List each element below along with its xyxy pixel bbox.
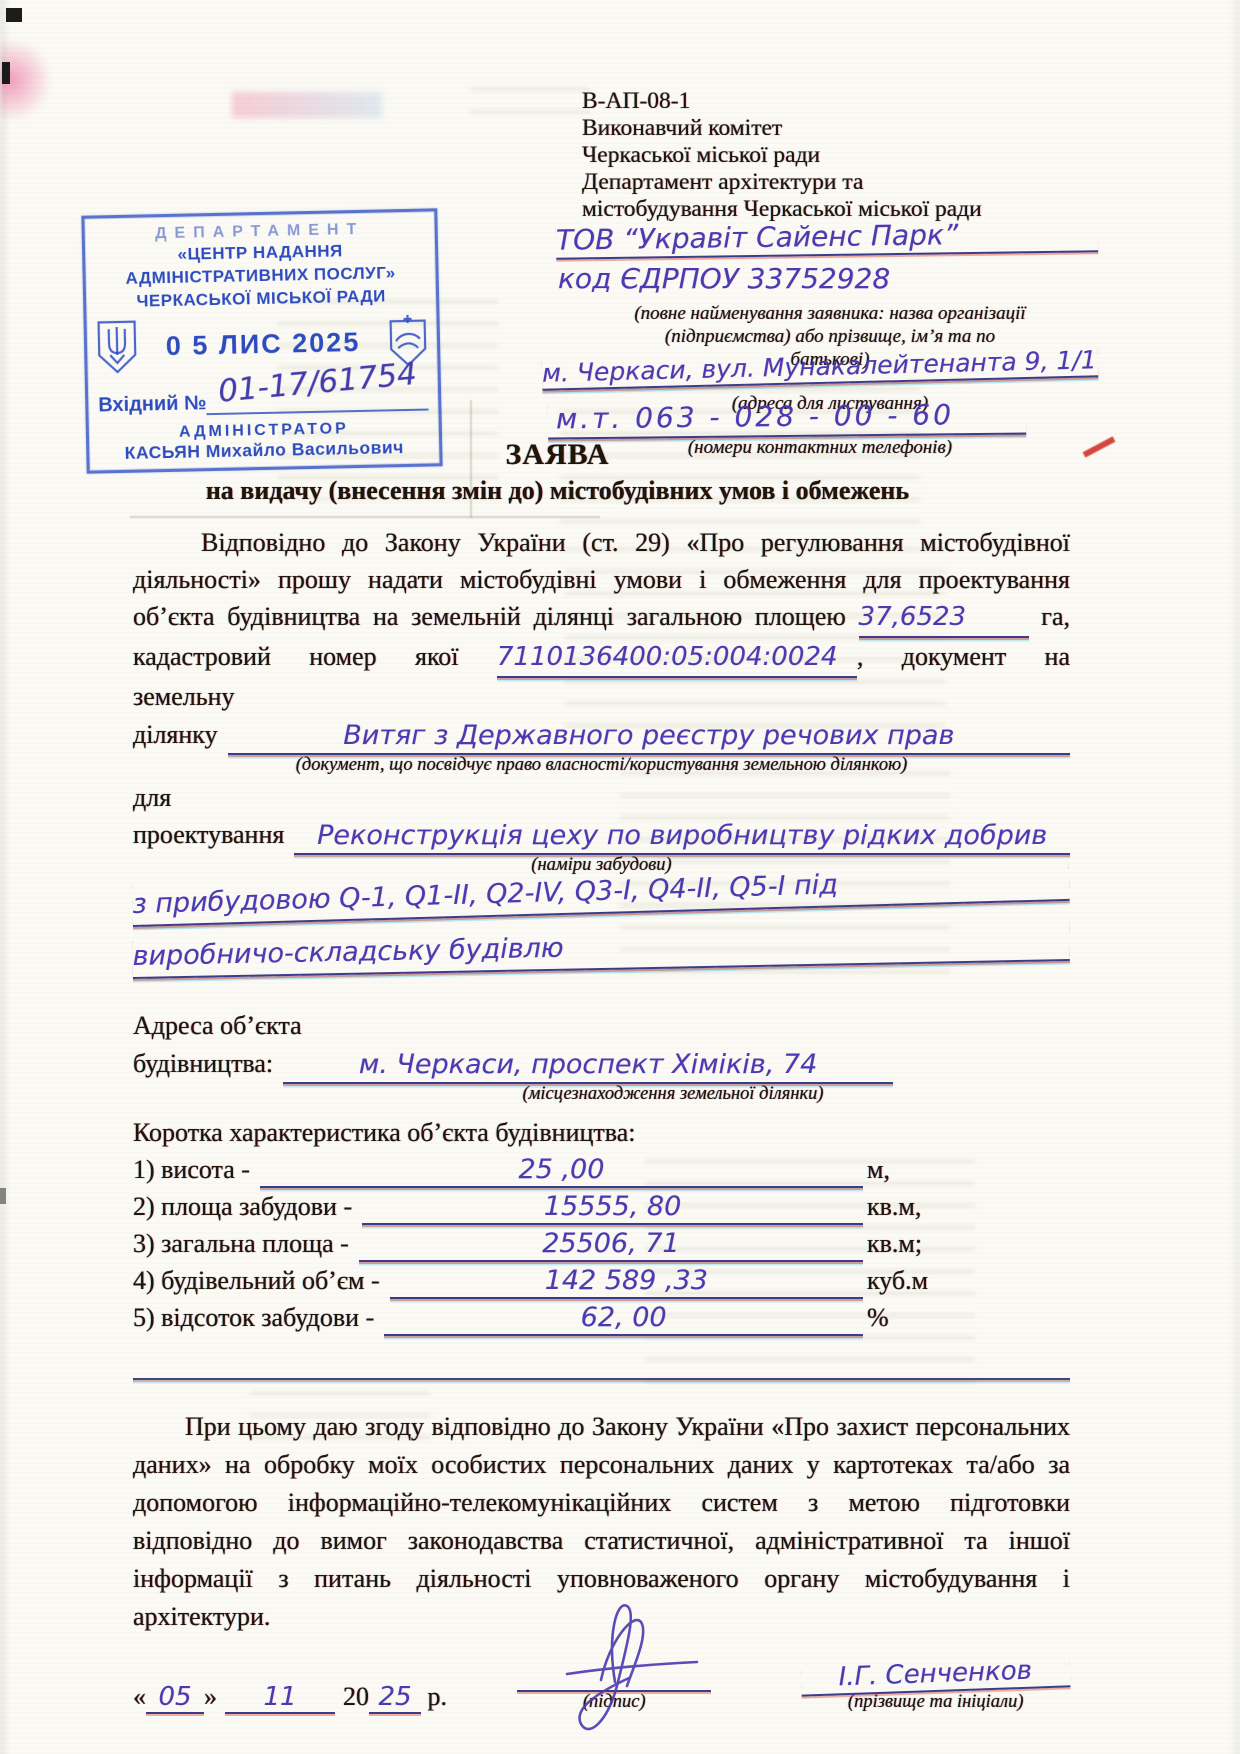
design-intent-handwritten: Реконструкція цеху по виробництву рідких… bbox=[294, 819, 1070, 855]
characteristic-row: 3) загальна площа - 25506, 71 кв.м; bbox=[133, 1225, 963, 1262]
body-line: Відповідно до Закону України (ст. 29) «П… bbox=[133, 524, 1070, 561]
form-body: Відповідно до Закону України (ст. 29) «П… bbox=[133, 524, 1070, 1714]
body-text: , документ на bbox=[857, 642, 1070, 671]
characteristic-row: 1) висота - 25 ,00 м, bbox=[133, 1151, 963, 1188]
form-code: В-АП-08-1 bbox=[582, 88, 1102, 115]
stamp-incoming-label: Вхідний № bbox=[98, 392, 207, 417]
footprint-area-handwritten: 15555, 80 bbox=[544, 1191, 681, 1222]
building-volume-handwritten: 142 589 ,33 bbox=[545, 1265, 708, 1296]
land-document-row: ділянку Витяг з Державного реєстру речов… bbox=[133, 715, 1070, 755]
body-line: діяльності» прошу надати містобудівні ум… bbox=[133, 561, 1070, 598]
edrpou-code-handwritten: код ЄДРПОУ 33752928 bbox=[558, 262, 1100, 295]
scanned-application-form: В-АП-08-1 Виконавчий комітет Черкаської … bbox=[0, 0, 1240, 1754]
page-subtitle: на видачу (внесення змін до) містобудівн… bbox=[150, 476, 965, 506]
body-line: земельну bbox=[133, 678, 1070, 715]
stamp-incoming-line: 01-17/61754 bbox=[206, 371, 429, 416]
characteristic-label: 5) відсоток забудови - bbox=[133, 1299, 374, 1336]
characteristic-unit: кв.м, bbox=[867, 1188, 963, 1225]
total-area-handwritten: 25506, 71 bbox=[542, 1228, 679, 1259]
object-address-caption: (місцезнаходження земельної ділянки) bbox=[433, 1082, 913, 1106]
trident-emblem-icon bbox=[95, 319, 140, 376]
design-intent-handwritten-line3: виробничо-складську будівлю bbox=[132, 917, 1070, 979]
applicant-caption-line: (повне найменування заявника: назва орга… bbox=[560, 302, 1100, 325]
stamp-date: 0 5 ЛИС 2025 bbox=[166, 326, 361, 361]
intake-stamp: ДЕПАРТАМЕНТ «ЦЕНТР НАДАННЯ АДМІНІСТРАТИВ… bbox=[81, 208, 442, 473]
recipient-line: Виконавчий комітет bbox=[582, 115, 1102, 142]
date-fields: «05»112025 р. bbox=[133, 1682, 447, 1714]
scan-artifact-red-mark bbox=[1083, 436, 1116, 457]
object-address-label-1: Адреса об’єкта bbox=[133, 1007, 1070, 1044]
signature-area: (підпис) bbox=[517, 1660, 711, 1714]
object-address-handwritten: м. Черкаси, проспект Хіміків, 74 bbox=[283, 1048, 893, 1084]
applicant-name-handwritten: ТОВ “Укравіт Сайенс Парк” bbox=[556, 218, 1098, 260]
year-suffix: р. bbox=[428, 1682, 448, 1711]
area-unit: га, bbox=[1041, 602, 1070, 631]
recipient-line: Департамент архітектури та bbox=[582, 169, 1102, 196]
land-document-label: ділянку bbox=[133, 715, 218, 755]
height-value-handwritten: 25 ,00 bbox=[519, 1154, 605, 1185]
design-intent-row: проектування Реконструкція цеху по вироб… bbox=[133, 815, 1070, 855]
scan-speck bbox=[6, 8, 22, 22]
characteristic-label: 4) будівельний об’єм - bbox=[133, 1262, 380, 1299]
scan-speck bbox=[2, 62, 10, 84]
signature-row: «05»112025 р. (підпис) І.Г. Сенченков (п… bbox=[133, 1658, 1070, 1714]
body-line: об’єкта будівництва на земельній ділянці… bbox=[133, 598, 1070, 638]
characteristic-row: 4) будівельний об’єм - 142 589 ,33 куб.м bbox=[133, 1262, 963, 1299]
land-document-handwritten: Витяг з Державного реєстру речових прав bbox=[228, 719, 1070, 755]
coverage-percent-handwritten: 62, 00 bbox=[581, 1302, 667, 1333]
day-handwritten: 05 bbox=[146, 1682, 204, 1714]
characteristic-unit: кв.м; bbox=[867, 1225, 963, 1262]
design-intent-label: проектування bbox=[133, 815, 284, 855]
characteristic-row: 5) відсоток забудови - 62, 00 % bbox=[133, 1299, 963, 1336]
characteristic-unit: м, bbox=[867, 1151, 963, 1188]
applicant-caption-line: (підприємства) або прізвище, ім’я та по bbox=[560, 325, 1100, 348]
body-text: об’єкта будівництва на земельній ділянці… bbox=[133, 602, 846, 631]
recipient-line: Черкаської міської ради bbox=[582, 142, 1102, 169]
month-handwritten: 11 bbox=[225, 1682, 335, 1714]
characteristic-label: 3) загальна площа - bbox=[133, 1225, 349, 1262]
land-area-handwritten: 37,6523 bbox=[859, 599, 1029, 638]
body-line: кадастровий номер якої 7110136400:05:004… bbox=[133, 638, 1070, 678]
year-handwritten: 25 bbox=[369, 1682, 421, 1714]
quote-close: » bbox=[204, 1682, 217, 1711]
signature-icon bbox=[537, 1582, 707, 1742]
characteristics-heading: Коротка характеристика об’єкта будівницт… bbox=[133, 1114, 1070, 1151]
object-address-label-2: будівництва: bbox=[133, 1044, 273, 1084]
phone-handwritten: м.т. 063 - 028 - 00 - 60 bbox=[548, 397, 1026, 439]
bleed-through-text bbox=[470, 88, 590, 116]
characteristic-unit: % bbox=[867, 1299, 963, 1336]
scan-artifact-color-smear bbox=[232, 92, 382, 118]
quote-open: « bbox=[133, 1682, 146, 1711]
recipient-block: В-АП-08-1 Виконавчий комітет Черкаської … bbox=[582, 88, 1102, 223]
year-prefix: 20 bbox=[343, 1682, 369, 1711]
land-document-caption: (документ, що посвідчує право власності/… bbox=[133, 753, 1070, 777]
cadastral-number-handwritten: 7110136400:05:004:0024 bbox=[497, 639, 857, 678]
characteristic-label: 1) висота - bbox=[133, 1151, 250, 1188]
name-area: І.Г. Сенченков (прізвище та ініціали) bbox=[801, 1658, 1070, 1714]
bleed-through-line bbox=[130, 516, 600, 518]
characteristic-label: 2) площа забудови - bbox=[133, 1188, 352, 1225]
body-text: кадастровий номер якої bbox=[133, 642, 459, 671]
blank-rule-line bbox=[133, 1348, 1070, 1380]
body-line: для bbox=[133, 781, 1070, 815]
scan-speck bbox=[0, 1188, 6, 1204]
characteristic-unit: куб.м bbox=[867, 1262, 963, 1299]
characteristic-row: 2) площа забудови - 15555, 80 кв.м, bbox=[133, 1188, 963, 1225]
object-address-row: будівництва: м. Черкаси, проспект Хімікі… bbox=[133, 1044, 893, 1084]
